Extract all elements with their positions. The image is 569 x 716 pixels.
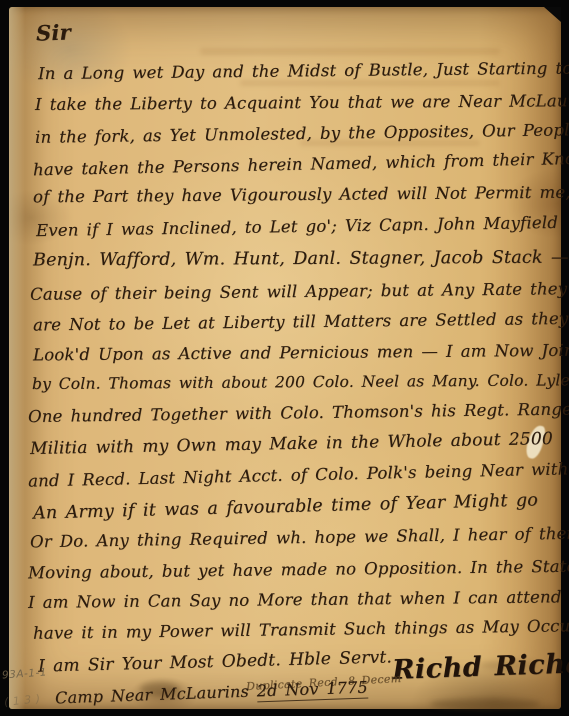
worn-left-edge <box>9 7 25 709</box>
letter-line: Benjn. Wafford, Wm. Hunt, Danl. Stagner,… <box>33 248 569 271</box>
ink-bleedthrough <box>240 80 500 86</box>
letter-scan: Sir In a Long wet Day and the Midst of B… <box>0 0 569 716</box>
ink-smudge <box>430 698 540 710</box>
letter-line: by Coln. Thomas with about 200 Colo. Nee… <box>32 371 569 393</box>
torn-corner <box>544 7 561 22</box>
letter-line: I take the Liberty to Acquaint You that … <box>35 91 569 114</box>
salutation: Sir <box>36 19 72 45</box>
ink-bleedthrough <box>200 48 500 55</box>
dateline-date: 2d Nov 1775 <box>256 678 368 703</box>
